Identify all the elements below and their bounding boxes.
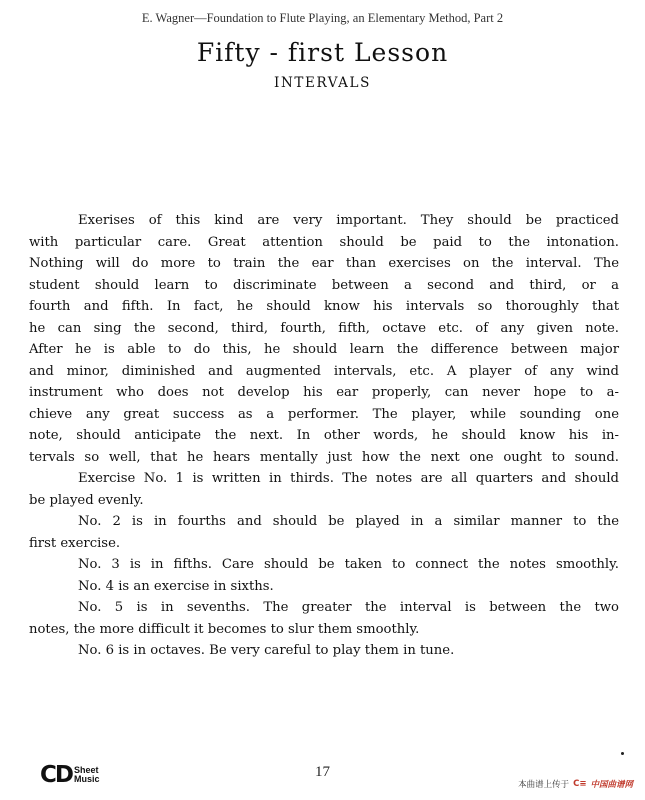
text-line: fourth and fifth. In fact, he should kno… <box>29 296 619 318</box>
text-line: No. 5 is in sevenths. The greater the in… <box>29 597 619 619</box>
text-line: chieve any great success as a performer.… <box>29 404 619 426</box>
text-line: No. 3 is in fifths. Care should be taken… <box>29 554 619 576</box>
watermark-text: 本曲谱上传于 <box>518 778 569 790</box>
text-line: Exerises of this kind are very important… <box>29 210 619 232</box>
stray-dot <box>621 752 624 755</box>
running-head: E. Wagner—Foundation to Flute Playing, a… <box>0 11 645 26</box>
watermark-site-name: 中国曲谱网 <box>590 778 633 790</box>
body-text: Exerises of this kind are very important… <box>29 210 619 662</box>
text-line: with particular care. Great attention sh… <box>29 232 619 254</box>
text-line: No. 4 is an exercise in sixths. <box>29 576 619 598</box>
site-logo-icon: C≡ <box>573 779 586 789</box>
text-line: he can sing the second, third, fourth, f… <box>29 318 619 340</box>
text-line: No. 2 is in fourths and should be played… <box>29 511 619 533</box>
text-line: be played evenly. <box>29 490 619 512</box>
lesson-title: Fifty - first Lesson <box>0 38 645 67</box>
text-line: tervals so well, that he hears mentally … <box>29 447 619 469</box>
text-line: No. 6 is in octaves. Be very careful to … <box>29 640 619 662</box>
text-line: student should learn to discriminate bet… <box>29 275 619 297</box>
text-line: instrument who does not develop his ear … <box>29 382 619 404</box>
lesson-subtitle: INTERVALS <box>0 75 645 91</box>
text-line: first exercise. <box>29 533 619 555</box>
text-line: and minor, diminished and augmented inte… <box>29 361 619 383</box>
text-line: notes, the more difficult it becomes to … <box>29 619 619 641</box>
text-line: Exercise No. 1 is written in thirds. The… <box>29 468 619 490</box>
text-line: After he is able to do this, he should l… <box>29 339 619 361</box>
text-line: Nothing will do more to train the ear th… <box>29 253 619 275</box>
text-line: note, should anticipate the next. In oth… <box>29 425 619 447</box>
watermark: 本曲谱上传于 C≡ 中国曲谱网 <box>518 778 633 790</box>
